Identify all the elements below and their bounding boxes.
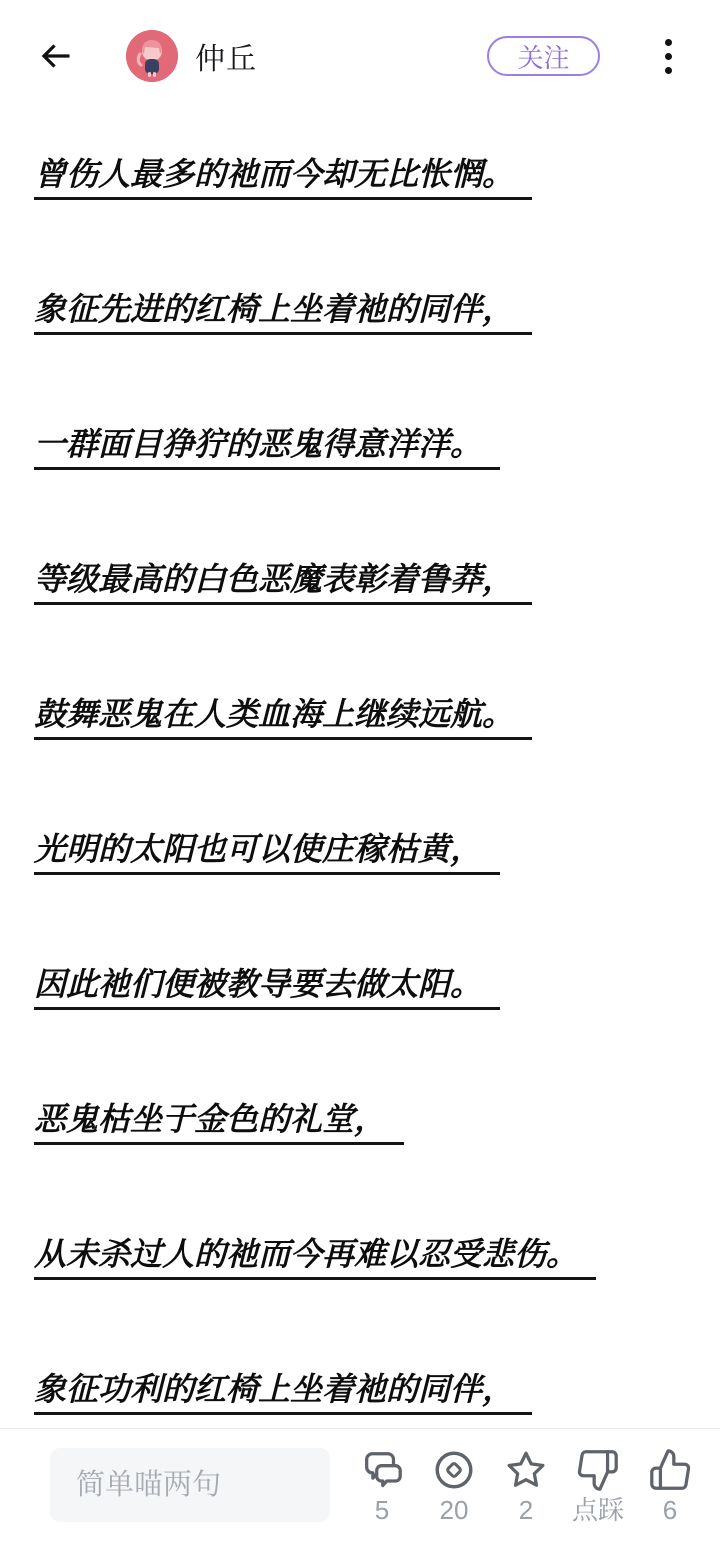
action-buttons: 5 20 2 [330, 1447, 720, 1524]
poem-line: 曾伤人最多的祂而今却无比怅惘。 [34, 154, 690, 194]
coin-count: 20 [440, 1496, 469, 1524]
coin-action[interactable]: 20 [426, 1447, 482, 1524]
favorite-action[interactable]: 2 [498, 1447, 554, 1524]
poem-line: 光明的太阳也可以使庄稼枯黄， [34, 829, 690, 869]
thumbs-up-icon [647, 1447, 693, 1493]
poem-line: 鼓舞恶鬼在人类血海上继续远航。 [34, 694, 690, 734]
dislike-action[interactable]: 点踩 [570, 1447, 626, 1524]
star-icon [503, 1447, 549, 1493]
back-button[interactable] [38, 38, 74, 74]
poem-line: 从未杀过人的祂而今再难以忍受悲伤。 [34, 1234, 690, 1274]
comment-action[interactable]: 5 [354, 1447, 410, 1524]
kebab-menu-icon [665, 39, 672, 74]
comment-icon [359, 1447, 405, 1493]
poem-line: 因此祂们便被教导要去做太阳。 [34, 964, 690, 1004]
poem-line: 象征功利的红椅上坐着祂的同伴， [34, 1369, 690, 1409]
more-options-button[interactable] [660, 36, 676, 76]
like-action[interactable]: 6 [642, 1447, 698, 1524]
poem-line: 恶鬼枯坐于金色的礼堂， [34, 1099, 690, 1139]
follow-button[interactable]: 关注 [487, 36, 600, 76]
like-count: 6 [663, 1496, 677, 1524]
poem-line: 等级最高的白色恶魔表彰着鲁莽， [34, 559, 690, 599]
post-detail-page: 仲丘 关注 曾伤人最多的祂而今却无比怅惘。 象征先进的红椅上坐着祂的同伴， 一群… [0, 0, 720, 1541]
arrow-left-icon [38, 38, 74, 74]
favorite-count: 2 [519, 1496, 533, 1524]
bottom-action-bar: 5 20 2 [0, 1428, 720, 1541]
comment-count: 5 [375, 1496, 389, 1524]
poem-line: 象征先进的红椅上坐着祂的同伴， [34, 289, 690, 329]
post-body: 曾伤人最多的祂而今却无比怅惘。 象征先进的红椅上坐着祂的同伴， 一群面目狰狞的恶… [0, 112, 720, 1428]
username[interactable]: 仲丘 [195, 34, 257, 78]
top-bar: 仲丘 关注 [0, 0, 720, 112]
poem-line: 一群面目狰狞的恶鬼得意洋洋。 [34, 424, 690, 464]
coin-icon [431, 1447, 477, 1493]
dislike-label: 点踩 [572, 1496, 624, 1524]
avatar[interactable] [126, 30, 178, 82]
thumbs-down-icon [575, 1447, 621, 1493]
comment-input[interactable] [50, 1448, 330, 1522]
